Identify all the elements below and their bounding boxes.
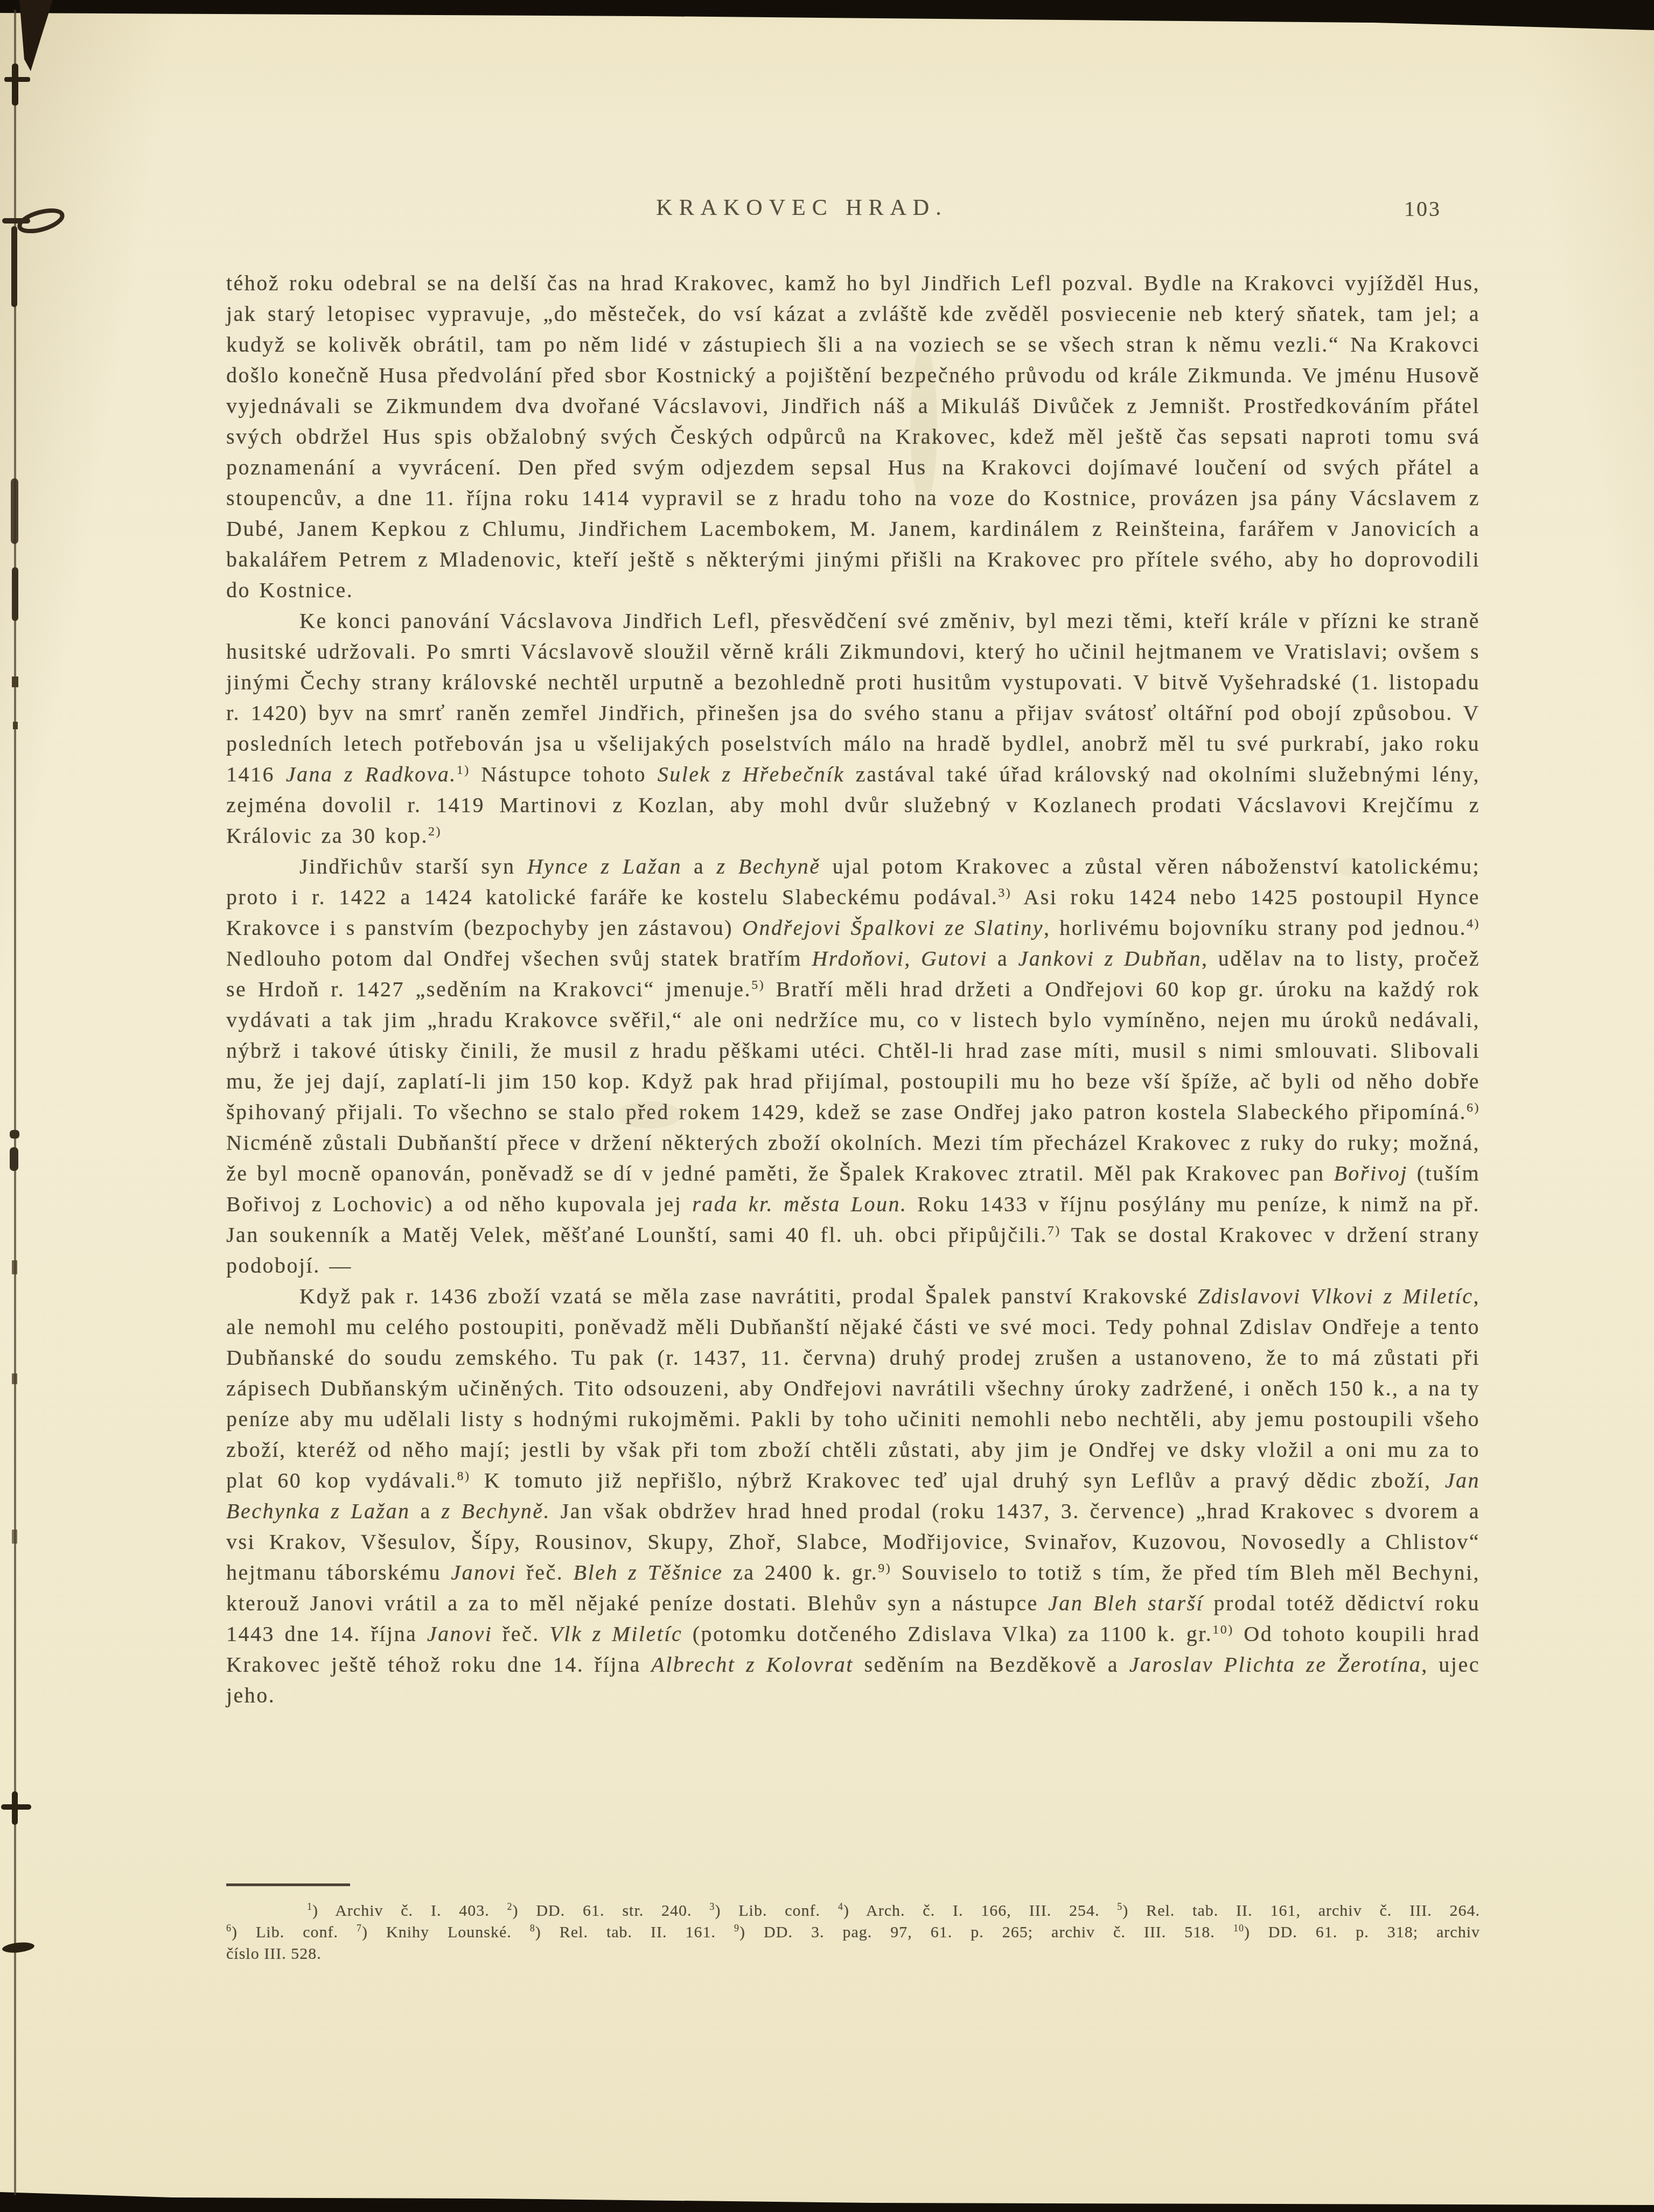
text-run: ) DD. 61. str. 240. [513,1902,710,1920]
text-run: ) Arch. č. I. 166, III. 254. [843,1902,1117,1920]
footnote-ref: 1) [457,763,470,777]
footnote-ref: 3 [709,1901,715,1912]
footnote-ref: 2) [428,825,442,839]
italic-text-run: Hynce z Lažan [527,854,682,878]
italic-text-run: z Bechyně [716,854,820,878]
text-run: ) Rel. tab. II. 161. [535,1923,734,1941]
footnote-line: 1) Archiv č. I. 403. 2) DD. 61. str. 240… [226,1900,1480,1922]
italic-text-run: Zdislavovi Vlkovi z Miletíc [1198,1284,1473,1308]
italic-text-run: Janovi [451,1560,517,1585]
text-block: KRAKOVEC HRAD. 103 téhož roku odebral se… [226,0,1480,2212]
body-paragraph: Jindřichův starší syn Hynce z Lažan a z … [226,851,1480,1281]
text-run: Jindřichův starší syn [299,854,527,878]
text-run: , horlivému bojovníku strany pod jednou. [1044,916,1467,940]
footnote-ref: 1 [307,1901,312,1912]
body-paragraph: Když pak r. 1436 zboží vzatá se měla zas… [226,1281,1480,1711]
text-run: ) Lib. conf. [232,1923,357,1941]
footnote-ref: 9 [734,1923,739,1934]
text-run: ) Archiv č. I. 403. [312,1902,507,1920]
footnote-ref: 2 [507,1901,513,1912]
text-run: (potomku dotčeného Zdislava Vlka) za 110… [682,1622,1212,1646]
italic-text-run: Ondřejovi Špalkovi ze Slatiny [742,916,1044,940]
footnote-ref: 4) [1467,917,1480,931]
text-run: a [988,946,1018,971]
footnote-ref: 10 [1233,1923,1244,1934]
scanned-book-page: KRAKOVEC HRAD. 103 téhož roku odebral se… [0,0,1654,2212]
text-run: řeč. [492,1622,549,1646]
text-run: a [682,854,717,878]
text-run: K tomuto již nepřišlo, nýbrž Krakovec te… [471,1468,1445,1492]
text-run: Nástupce tohoto [470,762,658,786]
italic-text-run: Jana z Radkova. [286,762,457,786]
text-run: a [410,1499,442,1523]
text-run: téhož roku odebral se na delší čas na hr… [226,271,1480,602]
footnote-ref: 7) [1048,1224,1061,1238]
italic-text-run: z Bechyně. [442,1499,550,1523]
text-run: za 2400 k. gr. [723,1560,878,1585]
text-run: Ke konci panování Vácslavova Jindřich Le… [226,609,1480,786]
text-run: Když pak r. 1436 zboží vzatá se měla zas… [299,1284,1198,1308]
text-run: , ale nemohl mu celého postoupiti, poněv… [226,1284,1480,1492]
text-run: ) Rel. tab. II. 161, archiv č. III. 264. [1122,1902,1480,1920]
italic-text-run: Sulek z Hřebečník [658,762,845,786]
body-text: téhož roku odebral se na delší čas na hr… [226,268,1480,1711]
footnote-ref: 10) [1212,1623,1234,1637]
body-paragraph: téhož roku odebral se na delší čas na hr… [226,268,1480,605]
italic-text-run: Albrecht z Kolovrat [651,1652,854,1677]
italic-text-run: Bleh z Těšnice [574,1560,723,1585]
italic-text-run: Jan Bleh starší [1048,1591,1204,1615]
footnote-line: číslo III. 528. [226,1943,1480,1965]
footnote-rule [226,1883,350,1886]
footnote-ref: 6) [1467,1101,1480,1115]
footnote-ref: 4 [838,1901,843,1912]
text-run: ) DD. 61. p. 318; archiv [1244,1923,1480,1941]
italic-text-run: Jaroslav Plichta ze Žerotína [1129,1652,1422,1677]
italic-text-run: Hrdoňovi, Gutovi [812,946,987,971]
footnote-ref: 7 [357,1923,362,1934]
text-run: ) DD. 3. pag. 97, 61. p. 265; archiv č. … [739,1923,1233,1941]
footnotes: 1) Archiv č. I. 403. 2) DD. 61. str. 240… [226,1900,1480,1965]
text-run: seděním na Bezděkově a [854,1652,1129,1677]
text-run: ) Lib. conf. [715,1902,838,1920]
page-header-title: KRAKOVEC HRAD. [175,195,1429,221]
text-run: Nedlouho potom dal Ondřej všechen svůj s… [226,946,812,971]
left-binding-marks [1,0,65,2195]
italic-text-run: Janovi [427,1622,493,1646]
text-run: ) Knihy Lounské. [362,1923,530,1941]
italic-text-run: Jankovi z Dubňan [1018,946,1202,971]
footnote-ref: 6 [226,1923,232,1934]
footnote-ref: 5) [751,978,765,992]
italic-text-run: Vlk z Miletíc [549,1622,682,1646]
body-paragraph: Ke konci panování Vácslavova Jindřich Le… [226,605,1480,851]
footnote-line: 6) Lib. conf. 7) Knihy Lounské. 8) Rel. … [226,1922,1480,1943]
footnote-ref: 3) [998,886,1011,900]
text-run: Nicméně zůstali Dubňanští přece v držení… [226,1131,1480,1185]
footnote-ref: 5 [1117,1901,1122,1912]
footnote-ref: 9) [878,1561,891,1575]
footnote-ref: 8 [530,1923,535,1934]
footnote-ref: 8) [457,1469,471,1483]
page-number: 103 [1404,196,1441,221]
text-run: řeč. [517,1560,574,1585]
italic-text-run: rada kr. města Loun. [692,1192,907,1216]
text-run: číslo III. 528. [226,1945,322,1963]
italic-text-run: Bořivoj [1334,1161,1407,1185]
